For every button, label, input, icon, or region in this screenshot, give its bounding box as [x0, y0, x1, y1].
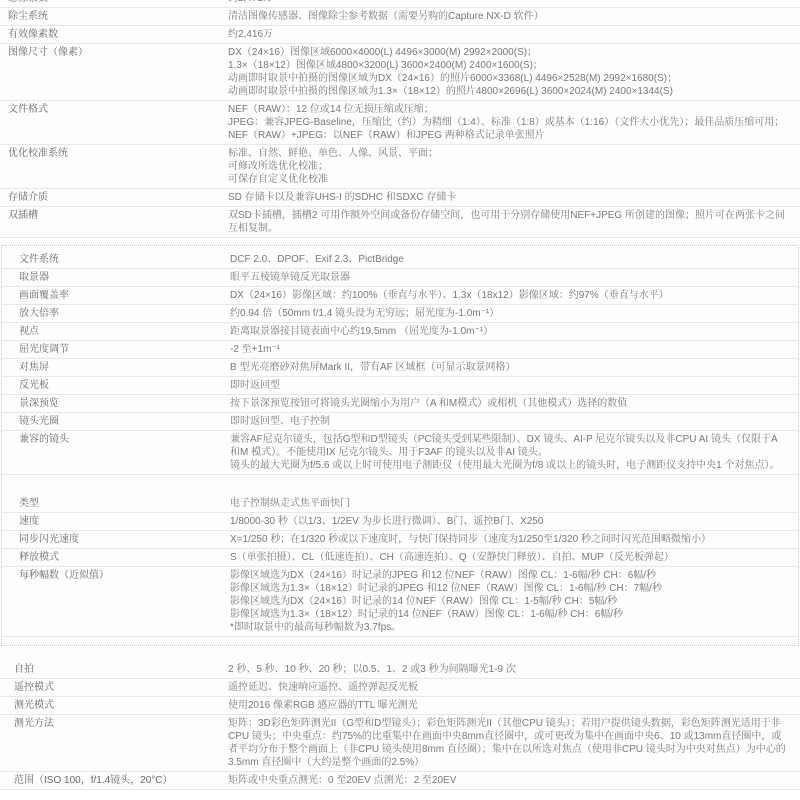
spec-label: 景深预览 — [2, 397, 230, 410]
spec-label: 类型 — [2, 497, 230, 510]
spec-label: 每秒幅数（近似值） — [2, 569, 230, 582]
row-flash-sync-speed: 同步闪光速度 X=1/250 秒；在1/320 秒或以下速度时，与快门保持同步（… — [2, 531, 798, 549]
spec-value: SD 存储卡以及兼容UHS-I 的SDHC 和SDXC 存储卡 — [228, 191, 800, 204]
spec-value: NEF（RAW）：12 位或14 位无损压缩或压缩； JPEG：兼容JPEG-B… — [228, 103, 800, 142]
row-release-mode: 释放模式 S（单张拍摄）、CL（低速连拍）、CH（高速连拍）、Q（安静快门释放）… — [2, 549, 798, 567]
spec-label: 兼容的镜头 — [2, 433, 230, 446]
spec-label: 取景器 — [2, 271, 230, 284]
spec-value: -2 至+1m⁻¹ — [230, 343, 798, 356]
spec-label: 测光模式 — [0, 699, 228, 712]
spec-label: 有效像素数 — [0, 28, 228, 41]
spec-label: 对焦屏 — [2, 361, 230, 374]
row-metering-range: 范围（ISO 100，f/1.4镜头，20°C） 矩阵或中央重点测光：0 至20… — [0, 772, 800, 790]
spec-value: 按下景深预览按钮可将镜头光圈缩小为用户（A 和M模式）或相机（其他模式）选择的数… — [230, 397, 798, 410]
spec-label: 释放模式 — [2, 551, 230, 564]
spec-value: 1/8000-30 秒（以1/3、1/2EV 为步长进行微调）、B门、遥控B门、… — [230, 515, 798, 528]
spec-value: 矩阵：3D彩色矩阵测光II（G型和D型镜头）；彩色矩阵测光II（其他CPU 镜头… — [228, 717, 800, 769]
spec-label: 双插槽 — [0, 209, 228, 222]
spec-label: 优化校准系统 — [0, 147, 228, 160]
row-metering-mode: 测光模式 使用2016 像素RGB 感应器的TTL 曝光测光 — [0, 697, 800, 715]
spec-value: X=1/250 秒；在1/320 秒或以下速度时，与快门保持同步（速度为1/25… — [230, 533, 798, 546]
spec-value: 标准、自然、鲜艳、单色、人像、风景、平面； 可修改所选优化校准； 可保存自定义优… — [228, 147, 800, 186]
spec-label: 反光板 — [2, 379, 230, 392]
spec-value: 双SD卡插槽，插槽2 可用作额外空间或备份存储空间，也可用于分别存储使用NEF+… — [228, 209, 800, 235]
spec-value: 兼容AF尼克尔镜头，包括G型和D型镜头（PC镜头受到某些限制）、DX 镜头、AI… — [230, 433, 798, 472]
row-eyepoint: 视点 距离取景器接目镜表面中心约19.5mm （屈光度为-1.0m⁻¹） — [2, 323, 798, 341]
spec-value: 影像区域选为DX（24×16）时记录的JPEG 和12 位NEF（RAW）图像 … — [230, 569, 798, 634]
spec-label: 总像素数 — [0, 0, 228, 5]
spec-label: 镜头光圈 — [2, 415, 230, 428]
row-effective-pixels: 有效像素数 约2,416万 — [0, 26, 800, 44]
row-magnification: 放大倍率 约0.94 倍（50mm f/1.4 镜头设为无穷远；屈光度为-1.0… — [2, 305, 798, 323]
row-dust-reduction: 除尘系统 清洁图像传感器、图像除尘参考数据（需要另购的Capture NX-D … — [0, 8, 800, 26]
row-shutter-speed: 速度 1/8000-30 秒（以1/3、1/2EV 为步长进行微调）、B门、遥控… — [2, 513, 798, 531]
spec-value: B 型光亮磨砂对焦屏Mark II，带有AF 区域框（可显示取景网格） — [230, 361, 798, 374]
spec-label: 放大倍率 — [2, 307, 230, 320]
section-gap — [2, 475, 798, 495]
spec-label: 遥控模式 — [0, 681, 228, 694]
spec-value: DX（24×16）影像区域：约100%（垂直与水平）、1.3x（18x12）影像… — [230, 289, 798, 302]
row-viewfinder: 取景器 眼平五棱镜单镜反光取景器 — [2, 269, 798, 287]
row-focusing-screen: 对焦屏 B 型光亮磨砂对焦屏Mark II，带有AF 区域框（可显示取景网格） — [2, 359, 798, 377]
row-compatible-lenses: 兼容的镜头 兼容AF尼克尔镜头，包括G型和D型镜头（PC镜头受到某些限制）、DX… — [2, 431, 798, 475]
row-storage-media: 存储介质 SD 存储卡以及兼容UHS-I 的SDHC 和SDXC 存储卡 — [0, 189, 800, 207]
spec-section-viewfinder: 文件系统 DCF 2.0、DPOF、Exif 2.3、PictBridge 取景… — [2, 251, 798, 475]
spec-dotted-group: 文件系统 DCF 2.0、DPOF、Exif 2.3、PictBridge 取景… — [1, 245, 799, 646]
row-file-system: 文件系统 DCF 2.0、DPOF、Exif 2.3、PictBridge — [2, 251, 798, 269]
spec-label: 测光方法 — [0, 717, 228, 730]
spec-label: 文件系统 — [2, 253, 230, 266]
spec-value: DX（24×16）图像区域6000×4000(L) 4496×3000(M) 2… — [228, 46, 800, 98]
spec-value: S（单张拍摄）、CL（低速连拍）、CH（高速连拍）、Q（安静快门释放）、自拍、M… — [230, 551, 798, 564]
spec-value: 2 秒、5 秒、10 秒、20 秒；以0.5、1、2 或3 秒为间隔曝光1-9 … — [228, 663, 800, 676]
spec-label: 速度 — [2, 515, 230, 528]
row-frame-coverage: 画面覆盖率 DX（24×16）影像区域：约100%（垂直与水平）、1.3x（18… — [2, 287, 798, 305]
spec-label: 画面覆盖率 — [2, 289, 230, 302]
spec-label: 屈光度调节 — [2, 343, 230, 356]
spec-label: 自拍 — [0, 663, 228, 676]
spec-value: 眼平五棱镜单镜反光取景器 — [230, 271, 798, 284]
spec-label: 视点 — [2, 325, 230, 338]
row-dual-slot: 双插槽 双SD卡插槽，插槽2 可用作额外空间或备份存储空间，也可用于分别存储使用… — [0, 207, 800, 238]
row-metering-method: 测光方法 矩阵：3D彩色矩阵测光II（G型和D型镜头）；彩色矩阵测光II（其他C… — [0, 715, 800, 772]
spec-value: 约2,472万 — [228, 0, 800, 5]
spec-value: DCF 2.0、DPOF、Exif 2.3、PictBridge — [230, 253, 798, 266]
row-file-format: 文件格式 NEF（RAW）：12 位或14 位无损压缩或压缩； JPEG：兼容J… — [0, 101, 800, 145]
row-diopter-adjustment: 屈光度调节 -2 至+1m⁻¹ — [2, 341, 798, 359]
spec-label: 图像尺寸（像素） — [0, 46, 228, 59]
row-frame-rate: 每秒幅数（近似值） 影像区域选为DX（24×16）时记录的JPEG 和12 位N… — [2, 567, 798, 637]
spec-value: 遥控延迟、快速响应遥控、遥控弹起反光板 — [228, 681, 800, 694]
row-dof-preview: 景深预览 按下景深预览按钮可将镜头光圈缩小为用户（A 和M模式）或相机（其他模式… — [2, 395, 798, 413]
spec-value: 约0.94 倍（50mm f/1.4 镜头设为无穷远；屈光度为-1.0m⁻¹） — [230, 307, 798, 320]
spec-value: 清洁图像传感器、图像除尘参考数据（需要另购的Capture NX-D 软件） — [228, 10, 800, 23]
spec-section-timer-metering: 自拍 2 秒、5 秒、10 秒、20 秒；以0.5、1、2 或3 秒为间隔曝光1… — [0, 661, 800, 790]
row-picture-control: 优化校准系统 标准、自然、鲜艳、单色、人像、风景、平面； 可修改所选优化校准； … — [0, 145, 800, 189]
spec-value: 距离取景器接目镜表面中心约19.5mm （屈光度为-1.0m⁻¹） — [230, 325, 798, 338]
spec-value: 矩阵或中央重点测光：0 至20EV 点测光：2 至20EV — [228, 774, 800, 787]
spec-sheet-page: 总像素数 约2,472万 除尘系统 清洁图像传感器、图像除尘参考数据（需要另购的… — [0, 0, 800, 790]
row-remote-modes: 遥控模式 遥控延迟、快速响应遥控、遥控弹起反光板 — [0, 679, 800, 697]
spec-section-sensor-storage: 总像素数 约2,472万 除尘系统 清洁图像传感器、图像除尘参考数据（需要另购的… — [0, 0, 800, 238]
row-reflex-mirror: 反光板 即时返回型 — [2, 377, 798, 395]
spec-value: 约2,416万 — [228, 28, 800, 41]
spec-value: 即时返回型、电子控制 — [230, 415, 798, 428]
spec-label: 除尘系统 — [0, 10, 228, 23]
spec-label: 同步闪光速度 — [2, 533, 230, 546]
spec-value: 电子控制纵走式焦平面快门 — [230, 497, 798, 510]
row-total-pixels: 总像素数 约2,472万 — [0, 0, 800, 8]
spec-label: 存储介质 — [0, 191, 228, 204]
row-image-size: 图像尺寸（像素） DX（24×16）图像区域6000×4000(L) 4496×… — [0, 44, 800, 101]
row-lens-aperture: 镜头光圈 即时返回型、电子控制 — [2, 413, 798, 431]
row-self-timer: 自拍 2 秒、5 秒、10 秒、20 秒；以0.5、1、2 或3 秒为间隔曝光1… — [0, 661, 800, 679]
spec-value: 使用2016 像素RGB 感应器的TTL 曝光测光 — [228, 699, 800, 712]
spec-label: 文件格式 — [0, 103, 228, 116]
spec-value: 即时返回型 — [230, 379, 798, 392]
spec-label: 范围（ISO 100，f/1.4镜头，20°C） — [0, 774, 228, 787]
row-shutter-type: 类型 电子控制纵走式焦平面快门 — [2, 495, 798, 513]
spec-section-shutter-release: 类型 电子控制纵走式焦平面快门 速度 1/8000-30 秒（以1/3、1/2E… — [2, 495, 798, 637]
